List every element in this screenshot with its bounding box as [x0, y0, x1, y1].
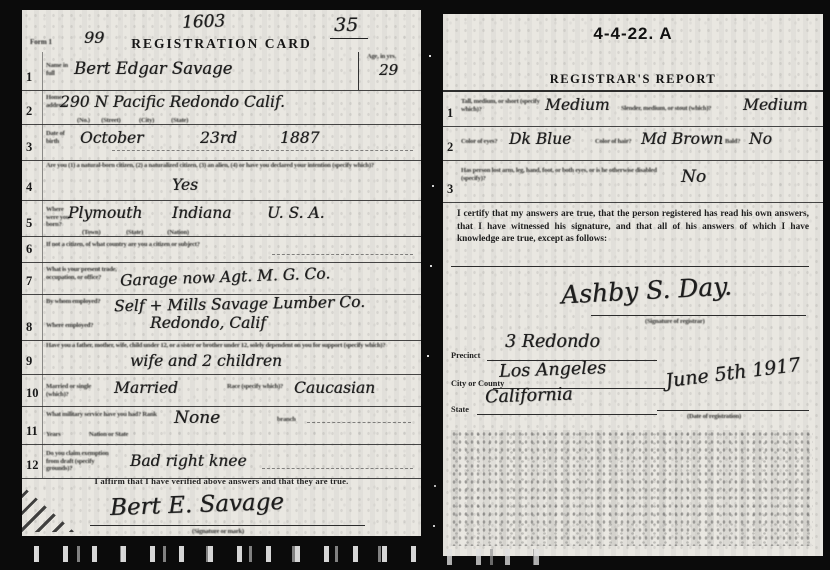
where-employed-label: Where employed?	[46, 322, 112, 330]
registration-date-value: June 5th 1917	[664, 354, 801, 392]
field-row-dependents: 9 Have you a father, mother, wife, child…	[22, 340, 421, 375]
name-value: Bert Edgar Savage	[74, 59, 232, 78]
field-row-citizenship: 4 Are you (1) a natural-born citizen, (2…	[22, 160, 421, 201]
row-number: 3	[26, 140, 32, 155]
field-row-exemption: 12 Do you claim exemption from draft (sp…	[22, 444, 421, 479]
marital-value: Married	[114, 379, 178, 397]
paper-noise-texture	[451, 430, 813, 546]
order-number: 35	[330, 14, 368, 39]
fill-line	[112, 150, 413, 151]
field-row-military: 11 What military service have you had? R…	[22, 406, 421, 445]
age-box: Age, in yrs. 29	[358, 52, 421, 90]
birthplace-state: Indiana	[172, 204, 231, 222]
registration-card: 1603 Form 1 99 REGISTRATION CARD 35 1 Na…	[22, 10, 421, 536]
affirmation-text: I affirm that I have verified above answ…	[22, 476, 421, 486]
hair-value: Md Brown	[641, 130, 723, 148]
row-number: 1	[447, 106, 453, 121]
row-number: 5	[26, 216, 32, 231]
row-number: 3	[447, 182, 453, 197]
height-label: Tall, medium, or short (specify which)?	[461, 98, 541, 113]
row-number: 10	[26, 386, 39, 401]
birth-month-value: October	[80, 129, 143, 147]
report-row-disability: 3 Has person lost arm, leg, hand, foot, …	[443, 160, 823, 203]
address-sublabels: (No.) (Street) (City) (State)	[77, 117, 188, 125]
divider-specks	[429, 55, 431, 57]
field-row-alien-country: 6 If not a citizen, of what country are …	[22, 236, 421, 263]
birthplace-nation: U. S. A.	[267, 204, 325, 222]
report-row-build: 1 Tall, medium, or short (specify which)…	[443, 94, 823, 127]
scanned-draft-card-document: 1603 Form 1 99 REGISTRATION CARD 35 1 Na…	[0, 0, 830, 570]
build-value: Medium	[743, 96, 808, 114]
citizenship-value: Yes	[172, 176, 198, 194]
race-label: Race (specify which)?	[227, 383, 285, 391]
birthplace-sublabels: (Town) (State) (Nation)	[82, 229, 189, 237]
fill-line	[262, 468, 413, 469]
precinct-value: 3 Redondo	[505, 332, 600, 352]
exemption-value: Bad right knee	[130, 452, 247, 470]
row-number: 2	[447, 140, 453, 155]
date-caption: (Date of registration)	[687, 413, 741, 421]
row-number: 7	[26, 274, 32, 289]
registrar-signature-caption: (Signature of registrar)	[645, 318, 705, 326]
field-row-name: 1 Name in full Bert Edgar Savage Age, in…	[22, 52, 421, 91]
dependents-value: wife and 2 children	[130, 352, 282, 370]
county-value: Los Angeles	[499, 358, 607, 382]
field-label: Name in full	[46, 62, 72, 77]
film-edge-marks	[34, 546, 418, 562]
field-label: What is your present trade, occupation, …	[46, 266, 118, 281]
eyes-value: Dk Blue	[509, 130, 571, 148]
registrar-signature: Ashby S. Day.	[560, 272, 732, 310]
fill-line	[272, 254, 413, 255]
report-row-features: 2 Color of eyes? Dk Blue Color of hair? …	[443, 126, 823, 161]
height-value: Medium	[545, 96, 610, 114]
bald-label: Bald?	[725, 138, 740, 146]
employer-label: By whom employed?	[46, 298, 112, 306]
military-label: What military service have you had? Rank	[46, 411, 166, 419]
registrars-report: 4-4-22. A REGISTRAR'S REPORT 1 Tall, med…	[443, 14, 823, 556]
header-rule	[443, 90, 823, 92]
age-value: 29	[379, 61, 398, 79]
card-number: 1603	[182, 11, 226, 32]
branch-label: branch	[277, 416, 296, 424]
where-employed-value: Redondo, Calif	[150, 314, 266, 332]
field-row-employer: 8 By whom employed? Self + Mills Savage …	[22, 294, 421, 341]
birth-day-value: 23rd	[200, 129, 237, 147]
field-row-birthdate: 3 Date of birth October 23rd 1887	[22, 124, 421, 161]
fill-line	[307, 422, 411, 423]
field-row-occupation: 7 What is your present trade, occupation…	[22, 262, 421, 295]
marital-label: Married or single (which)?	[46, 383, 108, 398]
signature-line	[90, 525, 365, 526]
registrar-signature-line	[591, 315, 806, 316]
field-label: Do you claim exemption from draft (speci…	[46, 450, 122, 473]
row-number: 9	[26, 354, 32, 369]
field-row-marital-race: 10 Married or single (which)? Married Ra…	[22, 374, 421, 407]
race-value: Caucasian	[294, 379, 375, 397]
military-value: None	[174, 408, 220, 428]
row-number: 2	[26, 104, 32, 119]
field-label: Are you (1) a natural-born citizen, (2) …	[46, 162, 396, 170]
eyes-label: Color of eyes?	[461, 138, 497, 146]
row-number: 11	[26, 424, 38, 439]
bald-value: No	[749, 130, 772, 148]
row-number: 12	[26, 458, 39, 473]
birthplace-town: Plymouth	[68, 204, 142, 222]
state-value: California	[485, 384, 573, 407]
report-title: REGISTRAR'S REPORT	[443, 72, 823, 87]
address-value: 290 N Pacific Redondo Calif.	[60, 93, 285, 111]
employer-value: Self + Mills Savage Lumber Co.	[114, 293, 365, 315]
disability-label: Has person lost arm, leg, hand, foot, or…	[461, 167, 661, 182]
field-row-birthplace: 5 Where were you born? Plymouth Indiana …	[22, 200, 421, 237]
stamp-code: 4-4-22. A	[443, 24, 823, 44]
certification-text: I certify that my answers are true, that…	[457, 208, 809, 246]
build-label: Slender, medium, or stout (which)?	[621, 105, 741, 113]
field-row-address: 2 Home address 290 N Pacific Redondo Cal…	[22, 90, 421, 125]
field-label: Have you a father, mother, wife, child u…	[46, 342, 396, 350]
date-line	[657, 410, 809, 411]
state-line	[477, 414, 657, 415]
row-number: 4	[26, 180, 32, 195]
row-number: 1	[26, 70, 32, 85]
hair-label: Color of hair?	[595, 138, 631, 146]
signature-caption: (Signature or mark)	[192, 528, 244, 536]
row-number: 6	[26, 242, 32, 257]
field-label: If not a citizen, of what country are yo…	[46, 241, 306, 249]
age-label: Age, in yrs.	[367, 53, 396, 61]
field-label: Date of birth	[46, 130, 72, 145]
disability-value: No	[681, 167, 706, 187]
years-nation-label: Years Nation or State	[46, 431, 346, 439]
row-number: 8	[26, 320, 32, 335]
registrant-signature: Bert E. Savage	[110, 489, 285, 521]
birth-year-value: 1887	[280, 129, 319, 147]
state-label: State	[451, 405, 469, 414]
exceptions-blank-line	[451, 266, 809, 267]
precinct-label: Precinct	[451, 351, 480, 360]
occupation-value: Garage now Agt. M. G. Co.	[120, 264, 331, 289]
film-edge-marks-right	[447, 549, 557, 565]
